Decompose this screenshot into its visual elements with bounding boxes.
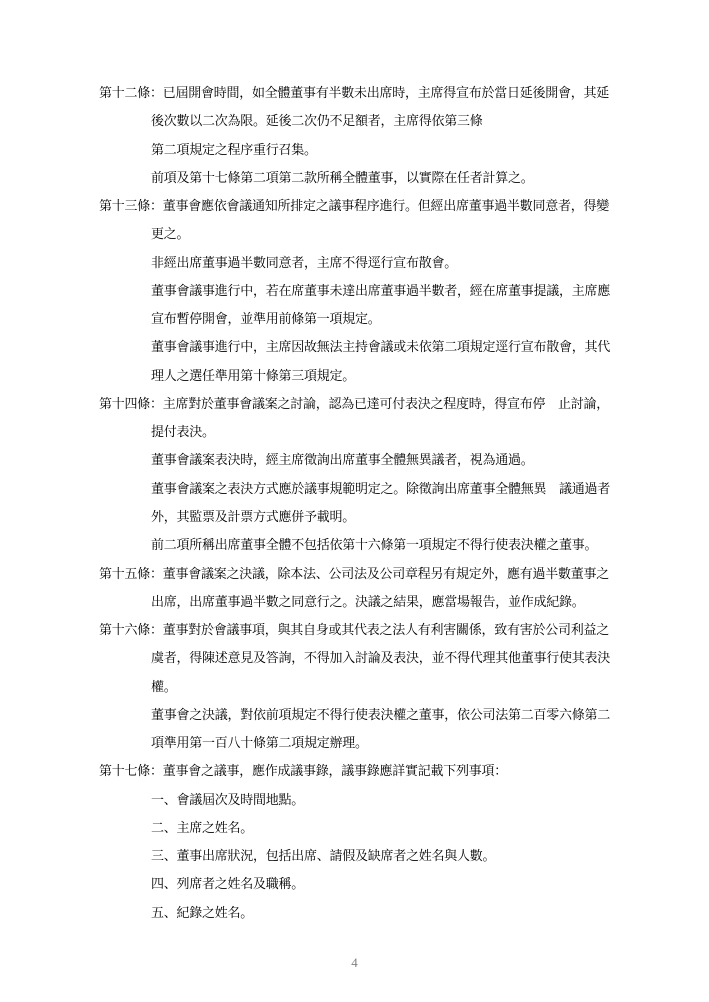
article-continuation-line: 外，其監票及計票方式應併予載明。 — [151, 503, 610, 531]
article-text: 董事對於會議事項，與其自身或其代表之法人有利害關係，致有害於公司利益之 — [163, 622, 609, 637]
article-text: 已屆開會時間，如全體董事有半數未出席時，主席得宣布於當日延後開會，其延 — [163, 85, 609, 100]
article: 第十五條：董事會議案之決議，除本法、公司法及公司章程另有規定外，應有過半數董事之… — [99, 560, 610, 617]
article-number-label: 第十六條： — [99, 622, 163, 637]
article-continuation-line: 三、董事出席狀況，包括出席、請假及缺席者之姓名與人數。 — [151, 842, 610, 870]
article-number-label: 第十三條： — [99, 198, 163, 213]
article-continuation-line: 董事會議事進行中，主席因故無法主持會議或未依第二項規定逕行宣布散會，其代 — [151, 333, 610, 361]
article-continuation-line: 非經出席董事過半數同意者，主席不得逕行宣布散會。 — [151, 249, 610, 277]
article-text: 董事會議案之決議，除本法、公司法及公司章程另有規定外，應有過半數董事之 — [163, 566, 609, 581]
article-continuation-line: 二、主席之姓名。 — [151, 814, 610, 842]
article-continuation-line: 五、紀錄之姓名。 — [151, 899, 610, 927]
article-continuation-line: 虞者，得陳述意見及答詢，不得加入討論及表決，並不得代理其他董事行使其表決 — [151, 644, 610, 672]
article-text: 董事會應依會議通知所排定之議事程序進行。但經出席董事過半數同意者，得變 — [163, 198, 609, 213]
page-number: 4 — [0, 955, 709, 971]
article-continuation-line: 前項及第十七條第二項第二款所稱全體董事，以實際在任者計算之。 — [151, 164, 610, 192]
page: 第十二條：已屆開會時間，如全體董事有半數未出席時，主席得宣布於當日延後開會，其延… — [0, 0, 709, 1002]
article-continuation-line: 前二項所稱出席董事全體不包括依第十六條第一項規定不得行使表決權之董事。 — [151, 531, 610, 559]
article-number-label: 第十七條： — [99, 763, 163, 778]
article: 第十六條：董事對於會議事項，與其自身或其代表之法人有利害關係，致有害於公司利益之… — [99, 616, 610, 757]
article-continuation-line: 董事會之決議，對依前項規定不得行使表決權之董事，依公司法第二百零六條第二 — [151, 701, 610, 729]
article-text: 董事會之議事，應作成議事錄，議事錄應詳實記載下列事項： — [163, 763, 507, 778]
article-number-label: 第十五條： — [99, 566, 163, 581]
article-continuation-line: 理人之選任準用第十條第三項規定。 — [151, 362, 610, 390]
article-first-line: 第十六條：董事對於會議事項，與其自身或其代表之法人有利害關係，致有害於公司利益之 — [99, 616, 610, 644]
article-continuation-line: 四、列席者之姓名及職稱。 — [151, 870, 610, 898]
article-first-line: 第十七條：董事會之議事，應作成議事錄，議事錄應詳實記載下列事項： — [99, 757, 610, 785]
article: 第十二條：已屆開會時間，如全體董事有半數未出席時，主席得宣布於當日延後開會，其延… — [99, 79, 610, 192]
article-continuation-line: 出席，出席董事過半數之同意行之。決議之結果，應當場報告，並作成紀錄。 — [151, 588, 610, 616]
article-continuation-line: 權。 — [151, 673, 610, 701]
article: 第十七條：董事會之議事，應作成議事錄，議事錄應詳實記載下列事項：一、會議屆次及時… — [99, 757, 610, 927]
article-first-line: 第十二條：已屆開會時間，如全體董事有半數未出席時，主席得宣布於當日延後開會，其延 — [99, 79, 610, 107]
article-continuation-line: 董事會議事進行中，若在席董事未達出席董事過半數者，經在席董事提議，主席應 — [151, 277, 610, 305]
article-continuation-line: 董事會議案表決時，經主席徵詢出席董事全體無異議者，視為通過。 — [151, 446, 610, 474]
article-first-line: 第十三條：董事會應依會議通知所排定之議事程序進行。但經出席董事過半數同意者，得變 — [99, 192, 610, 220]
article-number-label: 第十四條： — [99, 396, 163, 411]
article: 第十三條：董事會應依會議通知所排定之議事程序進行。但經出席董事過半數同意者，得變… — [99, 192, 610, 390]
article-continuation-line: 第二項規定之程序重行召集。 — [151, 136, 610, 164]
article-continuation-line: 宣布暫停開會，並準用前條第一項規定。 — [151, 305, 610, 333]
article-continuation-line: 提付表決。 — [151, 418, 610, 446]
article-continuation-line: 董事會議案之表決方式應於議事規範明定之。除徵詢出席董事全體無異 議通過者 — [151, 475, 610, 503]
article-first-line: 第十五條：董事會議案之決議，除本法、公司法及公司章程另有規定外，應有過半數董事之 — [99, 560, 610, 588]
article-continuation-line: 更之。 — [151, 220, 610, 248]
article: 第十四條：主席對於董事會議案之討論，認為已達可付表決之程度時，得宣布停 止討論，… — [99, 390, 610, 560]
article-first-line: 第十四條：主席對於董事會議案之討論，認為已達可付表決之程度時，得宣布停 止討論， — [99, 390, 610, 418]
article-continuation-line: 後次數以二次為限。延後二次仍不足額者，主席得依第三條 — [151, 107, 610, 135]
article-continuation-line: 項準用第一百八十條第二項規定辦理。 — [151, 729, 610, 757]
article-text: 主席對於董事會議案之討論，認為已達可付表決之程度時，得宣布停 止討論， — [163, 396, 609, 411]
article-number-label: 第十二條： — [99, 85, 163, 100]
article-continuation-line: 一、會議屆次及時間地點。 — [151, 786, 610, 814]
document-body: 第十二條：已屆開會時間，如全體董事有半數未出席時，主席得宣布於當日延後開會，其延… — [99, 79, 610, 927]
